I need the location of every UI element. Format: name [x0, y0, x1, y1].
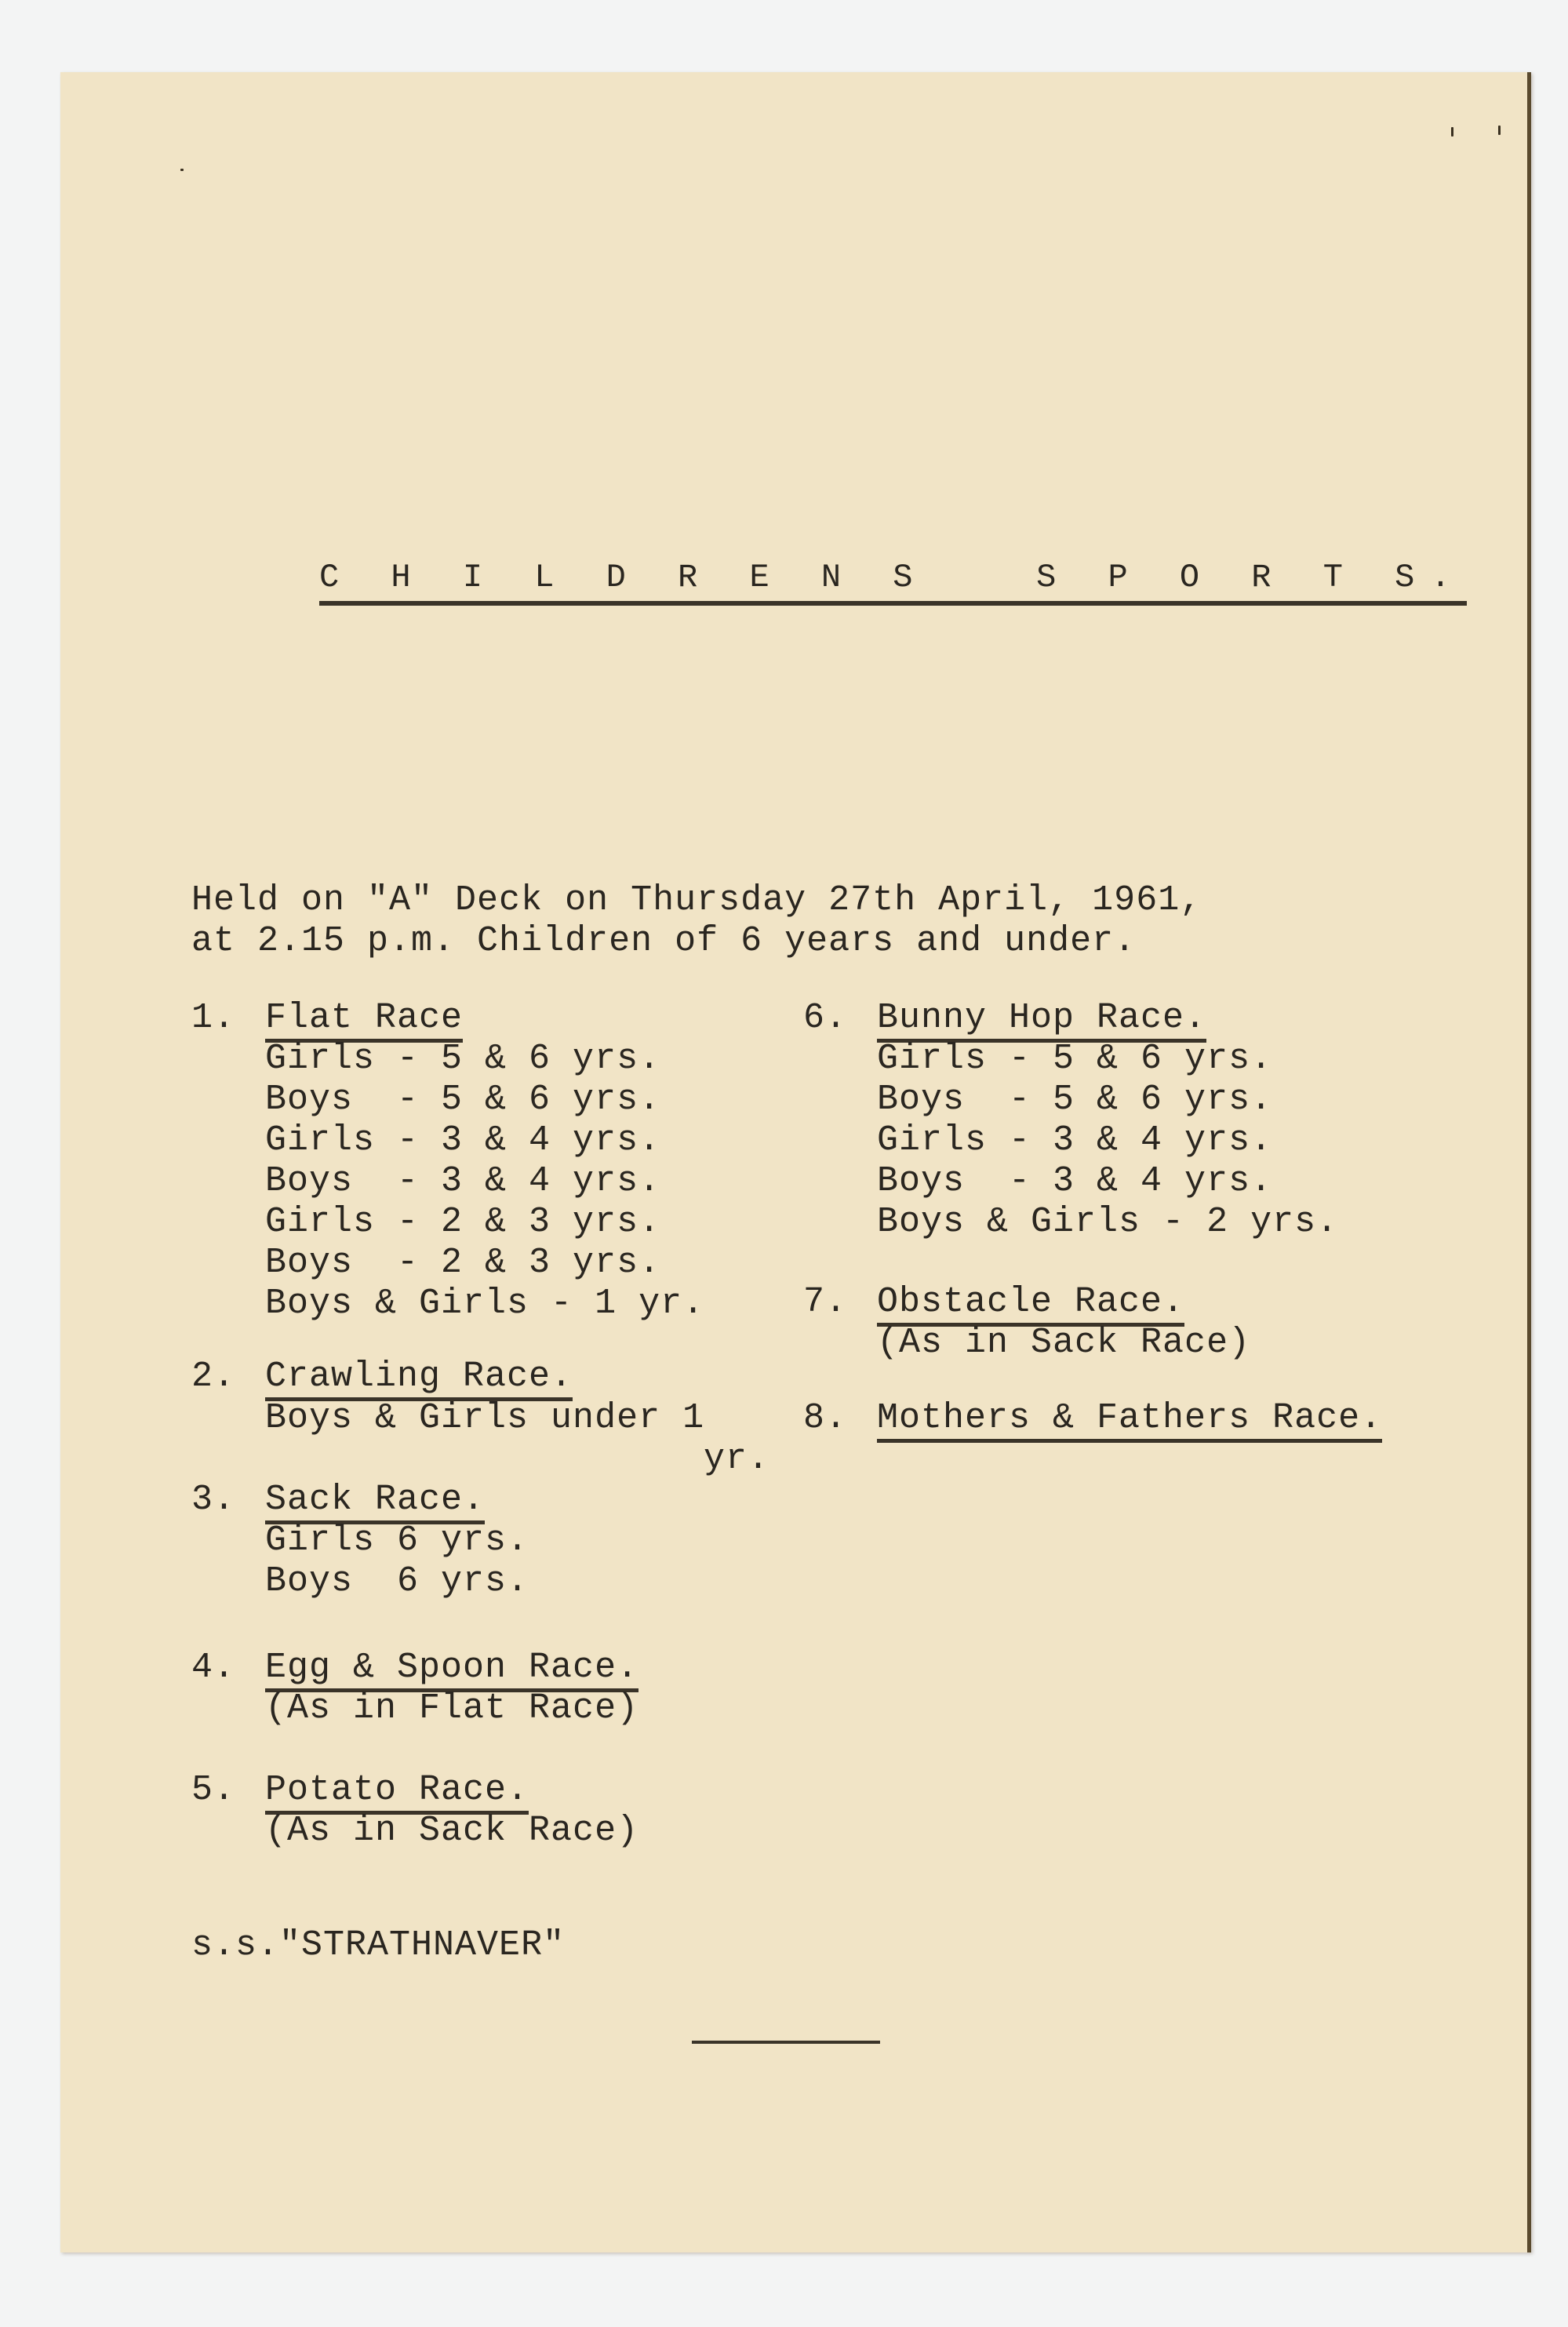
race-entry: Boys - 5 & 6 yrs. [877, 1080, 1272, 1120]
race-number: 7. [803, 1282, 847, 1323]
race-entry: (As in Sack Race) [877, 1323, 1250, 1364]
race-name: Obstacle Race. [877, 1282, 1184, 1327]
race-entry: Boys - 3 & 4 yrs. [877, 1161, 1272, 1202]
race-entry: Girls - 3 & 4 yrs. [877, 1120, 1272, 1161]
race-title-obstacle: Obstacle Race. [877, 1282, 1184, 1323]
race-name: Mothers & Fathers Race. [877, 1398, 1382, 1443]
race-name: Flat Race [265, 998, 463, 1043]
race-entry: Boys - 5 & 6 yrs. [265, 1080, 660, 1120]
race-entry: (As in Sack Race) [265, 1811, 638, 1852]
race-number: 8. [803, 1398, 847, 1439]
race-entry: Boys - 2 & 3 yrs. [265, 1243, 660, 1284]
race-name: Crawling Race. [265, 1357, 573, 1401]
race-number: 3. [191, 1480, 235, 1520]
closing-rule [692, 2041, 880, 2044]
race-entry: yr. [704, 1439, 769, 1480]
race-entry: Girls 6 yrs. [265, 1520, 529, 1561]
race-entry: Boys 6 yrs. [265, 1561, 529, 1602]
race-entry: Girls - 5 & 6 yrs. [877, 1039, 1272, 1080]
race-entry: Girls - 2 & 3 yrs. [265, 1202, 660, 1243]
race-entry: Boys & Girls - 1 yr. [265, 1284, 704, 1324]
intro-line-1: Held on "A" Deck on Thursday 27th April,… [191, 880, 1202, 921]
race-title-flat: Flat Race [265, 998, 463, 1039]
ink-speck [180, 169, 184, 171]
race-entry: Boys - 3 & 4 yrs. [265, 1161, 660, 1202]
race-title-mothers-fathers: Mothers & Fathers Race. [877, 1398, 1382, 1439]
race-name: Bunny Hop Race. [877, 998, 1206, 1043]
intro-line-2: at 2.15 p.m. Children of 6 years and und… [191, 921, 1136, 962]
race-title-sack: Sack Race. [265, 1480, 485, 1520]
race-entry: Girls - 5 & 6 yrs. [265, 1039, 660, 1080]
race-title-bunny-hop: Bunny Hop Race. [877, 998, 1206, 1039]
race-number: 2. [191, 1357, 235, 1397]
race-number: 6. [803, 998, 847, 1039]
race-number: 4. [191, 1648, 235, 1688]
race-name: Egg & Spoon Race. [265, 1648, 638, 1692]
page-title: C H I L D R E N S S P O R T S. [319, 559, 1467, 606]
race-name: Potato Race. [265, 1770, 529, 1815]
race-name: Sack Race. [265, 1480, 485, 1524]
ink-speck [1451, 127, 1453, 137]
ship-name: s.s."STRATHNAVER" [191, 1925, 565, 1966]
race-title-egg-spoon: Egg & Spoon Race. [265, 1648, 638, 1688]
race-number: 1. [191, 998, 235, 1039]
race-entry: Boys & Girls - 2 yrs. [877, 1202, 1338, 1243]
race-title-potato: Potato Race. [265, 1770, 529, 1811]
race-number: 5. [191, 1770, 235, 1811]
race-title-crawling: Crawling Race. [265, 1357, 573, 1397]
ink-speck [1498, 126, 1501, 135]
document-page: C H I L D R E N S S P O R T S. Held on "… [60, 72, 1531, 2252]
race-entry: (As in Flat Race) [265, 1688, 638, 1729]
race-entry: Boys & Girls under 1 [265, 1398, 704, 1439]
race-entry: Girls - 3 & 4 yrs. [265, 1120, 660, 1161]
